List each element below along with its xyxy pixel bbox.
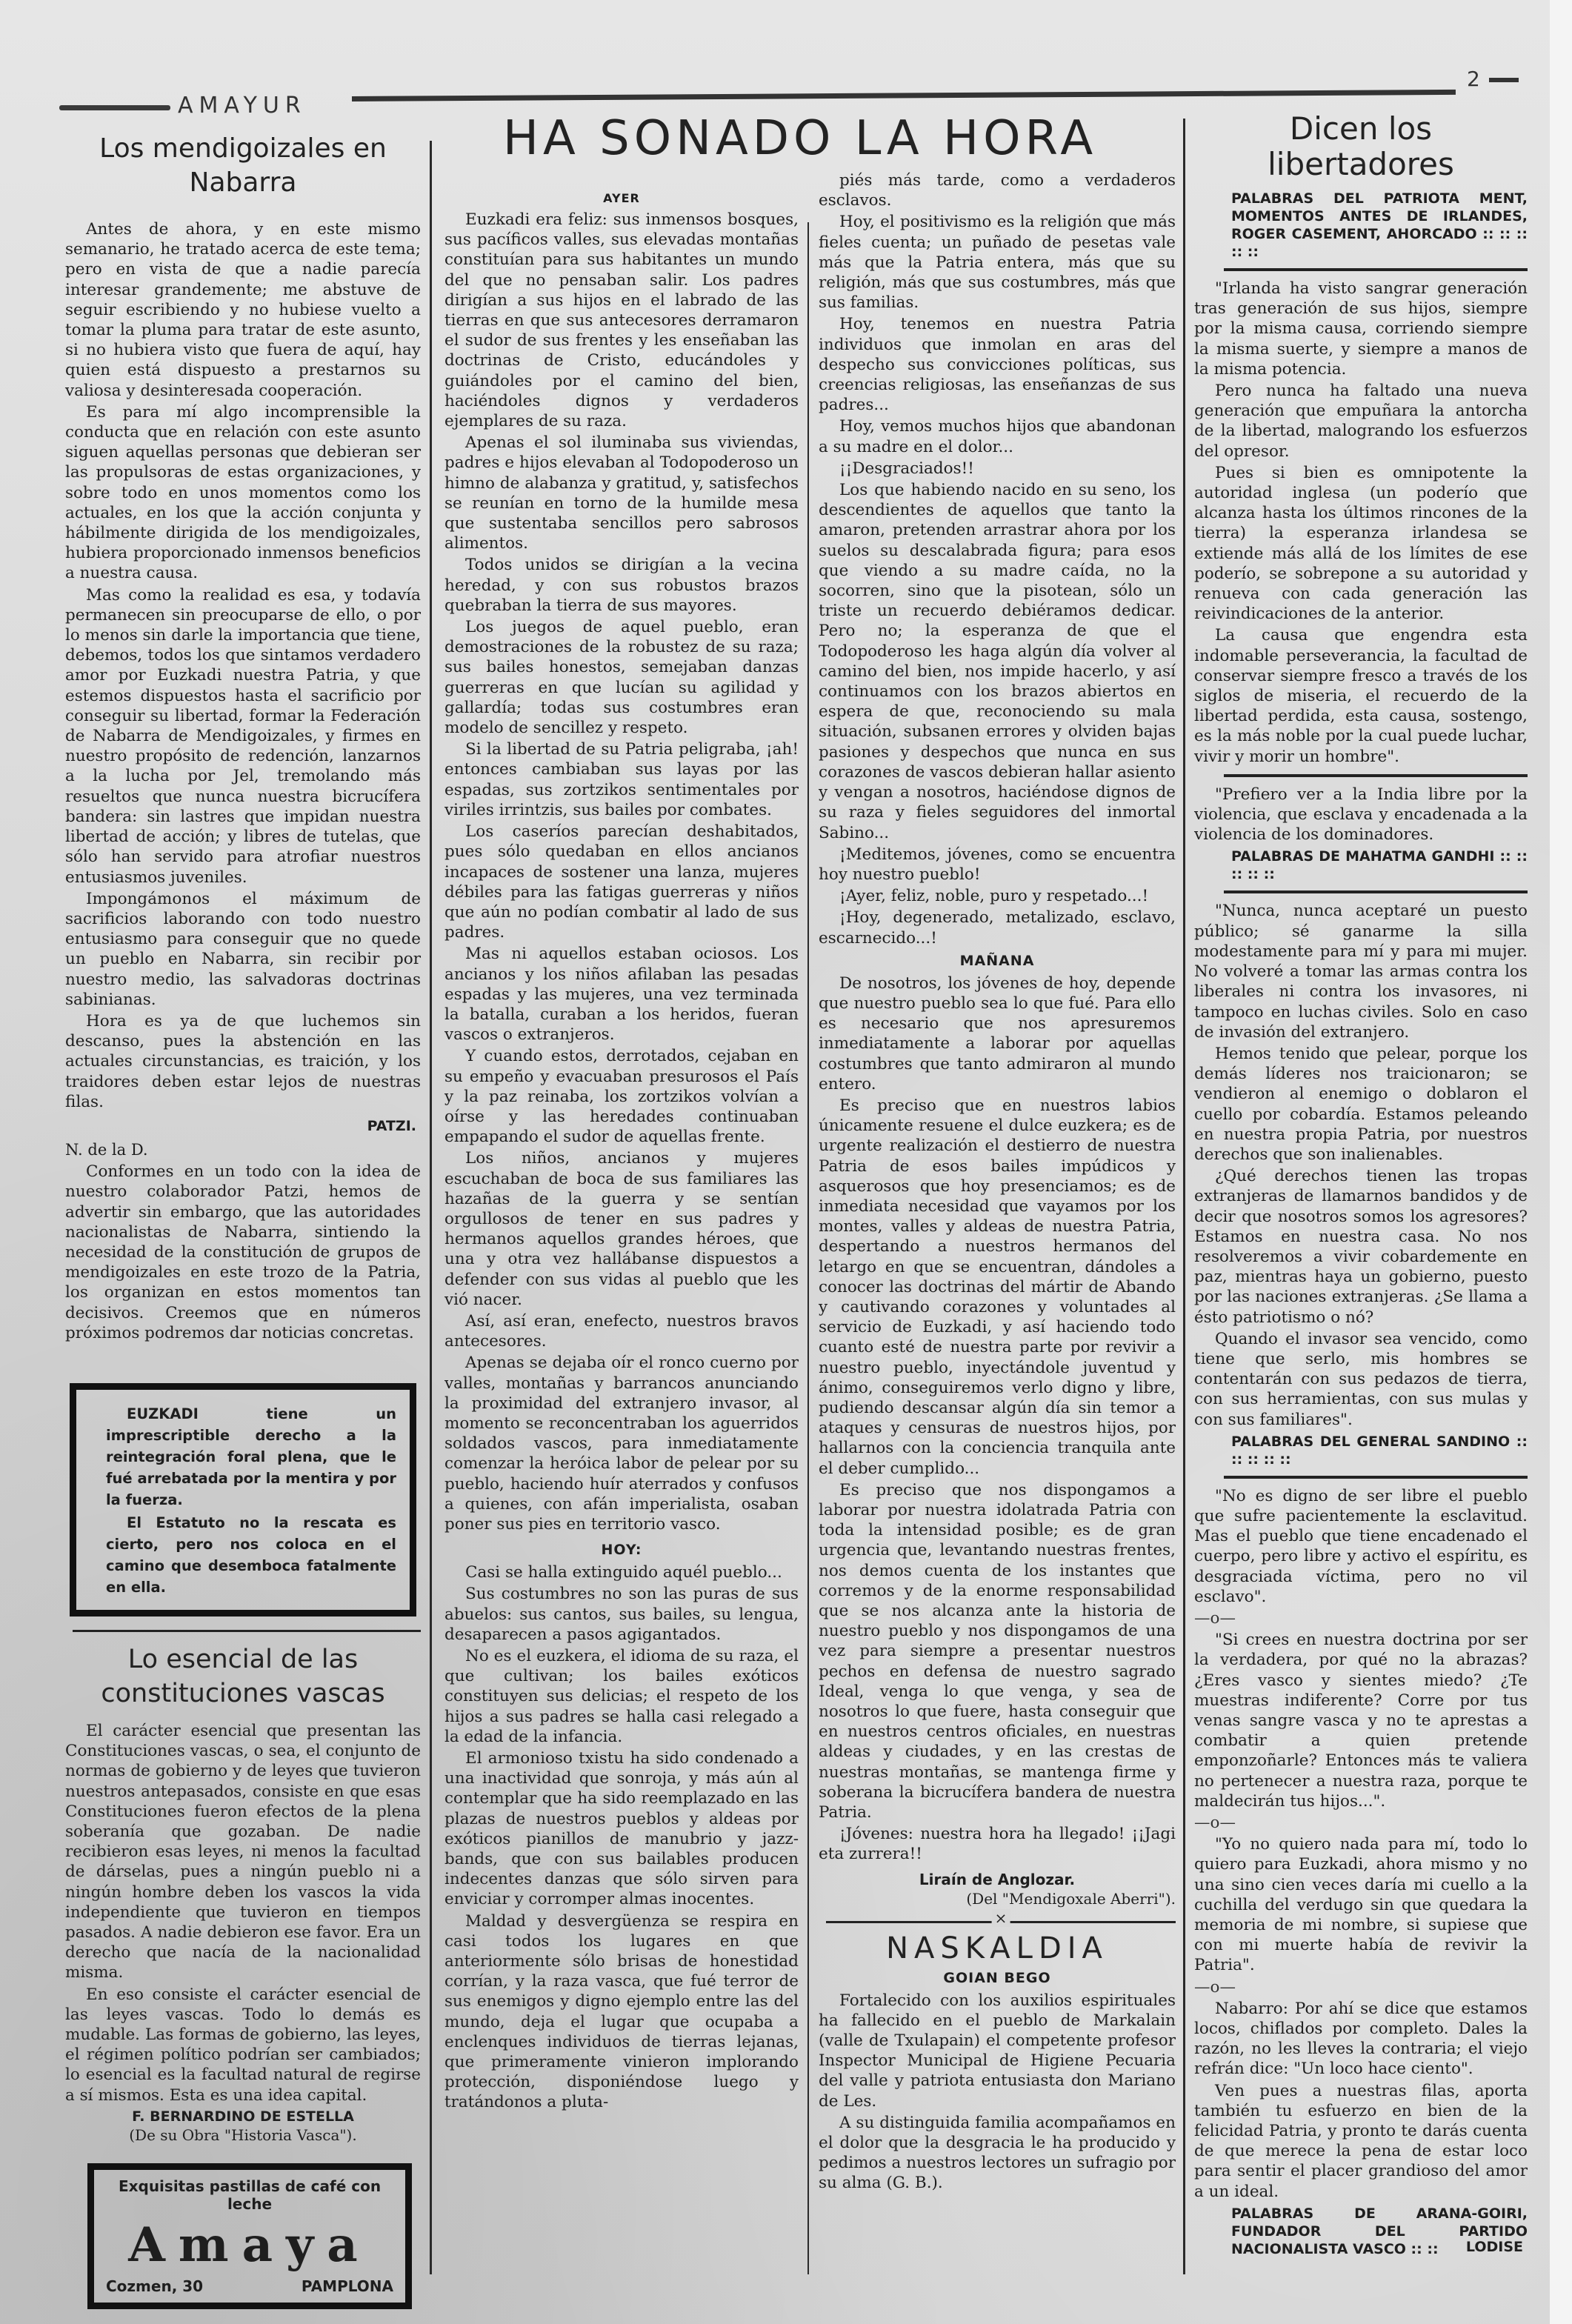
paragraph: Casi se halla extinguido aquél pueblo... (444, 1562, 799, 1582)
article-body: Antes de ahora, y en este mismo semanari… (65, 219, 421, 1112)
section-label-manana: MAÑANA (819, 953, 1176, 969)
column-divider (1183, 119, 1185, 2274)
paragraph: Así, así eran, enefecto, nuestros bravos… (444, 1311, 799, 1351)
column-divider (807, 222, 809, 2274)
quote-divider (1224, 890, 1528, 893)
article-body: El carácter esencial que presentan las C… (65, 1721, 421, 2105)
paragraph: Es preciso que en nuestros labios únicam… (819, 1096, 1176, 1479)
paragraph: Apenas el sol iluminaba sus viviendas, p… (444, 433, 799, 553)
section-rule (73, 1630, 421, 1632)
column-2: AYER Euzkadi era feliz: sus inmensos bos… (444, 187, 799, 2114)
paragraph: El carácter esencial que presentan las C… (65, 1721, 421, 1983)
obituary-title: NASKALDIA (819, 1931, 1176, 1965)
article-title: Dicen los libertadores (1194, 111, 1528, 182)
paragraph: La causa que engendra esta indomable per… (1194, 625, 1528, 766)
paragraph: Mas ni aquellos estaban ociosos. Los anc… (444, 944, 799, 1045)
quote-heading: PALABRAS DEL GENERAL SANDINO :: :: :: ::… (1231, 1433, 1528, 1468)
article-constituciones: Lo esencial de las constituciones vascas… (65, 1642, 421, 2144)
separator: × (826, 1912, 1176, 1928)
editor-note-label: N. de la D. (65, 1140, 421, 1160)
article-source: (De su Obra "Historia Vasca"). (65, 2126, 421, 2144)
paragraph: El Estatuto no la rescata es cierto, per… (106, 1512, 396, 1598)
paragraph: Los juegos de aquel pueblo, eran demostr… (444, 617, 799, 738)
quotes: PALABRAS DEL PATRIOTA MENT, MOMENTOS ANT… (1194, 190, 1528, 2258)
paragraph: ¡¡Desgraciados!! (819, 459, 1176, 479)
ad-address: Cozmen, 30 (106, 2277, 203, 2295)
advertisement: Exquisitas pastillas de café con leche A… (87, 2163, 412, 2309)
article-signature: PATZI. (70, 1118, 416, 1134)
article-body-continued: piés más tarde, como a verdaderos esclav… (819, 170, 1176, 948)
paragraph: Sus costumbres no son las puras de sus a… (444, 1584, 799, 1645)
paragraph: De nosotros, los jóvenes de hoy, depende… (819, 973, 1176, 1094)
ornament-separator: —o— (1194, 1608, 1528, 1628)
page-number: 2 (1467, 67, 1480, 91)
separator-mark: × (992, 1909, 1010, 1927)
main-headline: HA SONADO LA HORA (444, 111, 1156, 166)
paragraph: Es preciso que nos dispongamos a laborar… (819, 1480, 1176, 1822)
paragraph: Si la libertad de su Patria peligraba, ¡… (444, 739, 799, 820)
paragraph: piés más tarde, como a verdaderos esclav… (819, 170, 1176, 210)
article-signature: Liraín de Anglozar. (819, 1871, 1176, 1888)
paragraph: Hemos tenido que pelear, porque los demá… (1194, 1044, 1528, 1165)
article-body: Euzkadi era feliz: sus inmensos bosques,… (444, 210, 799, 1534)
paragraph: Y cuando estos, derrotados, cejaban en s… (444, 1046, 799, 1147)
masthead-rule (352, 90, 1456, 101)
paragraph: Los que habiendo nacido en su seno, los … (819, 480, 1176, 843)
quote-divider (1224, 774, 1528, 777)
article-body-hoy: Casi se halla extinguido aquél pueblo...… (444, 1562, 799, 2112)
newspaper-title: AMAYUR (178, 93, 307, 119)
masthead-rule-left (59, 105, 170, 110)
column-3: piés más tarde, como a verdaderos esclav… (819, 170, 1176, 2195)
obituary-subtitle: GOIAN BEGO (819, 1970, 1176, 1986)
paragraph: Pues si bien es omnipotente la autoridad… (1194, 463, 1528, 625)
column-4: Dicen los libertadores PALABRAS DEL PATR… (1194, 111, 1528, 2261)
boxed-notice: EUZKADI tiene un imprescriptible derecho… (70, 1383, 416, 1617)
ad-city: PAMPLONA (302, 2277, 393, 2295)
article-source: (Del "Mendigoxale Aberri"). (819, 1890, 1176, 1908)
page-number-rule (1489, 78, 1519, 82)
paragraph: Los caseríos parecían deshabitados, pues… (444, 822, 799, 942)
quote-body: "Nunca, nunca aceptaré un puesto público… (1194, 901, 1528, 1429)
paragraph: "Si crees en nuestra doctrina por ser la… (1194, 1630, 1528, 1811)
paragraph: Ven pues a nuestras filas, aporta tambié… (1194, 2081, 1528, 2202)
paragraph: No es el euzkera, el idioma de su raza, … (444, 1646, 799, 1747)
paragraph: "Nunca, nunca aceptaré un puesto público… (1194, 901, 1528, 1042)
article-author: F. BERNARDINO DE ESTELLA (65, 2108, 421, 2125)
ad-footer: Cozmen, 30 PAMPLONA (106, 2277, 393, 2295)
column-1: Los mendigoizales en Nabarra Antes de ah… (65, 132, 421, 2309)
paragraph: ¿Qué derechos tienen las tropas extranje… (1194, 1166, 1528, 1328)
ornament-separator: —o— (1194, 1813, 1528, 1833)
paragraph: Maldad y desvergüenza se respira en casi… (444, 1911, 799, 2113)
quote-body: "Prefiero ver a la India libre por la vi… (1194, 785, 1528, 845)
section-label-hoy: HOY: (444, 1542, 799, 1558)
paragraph: ¡Meditemos, jóvenes, como se encuentra h… (819, 845, 1176, 885)
paragraph: Hora es ya de que luchemos sin descanso,… (65, 1011, 421, 1112)
paragraph: EUZKADI tiene un imprescriptible derecho… (106, 1403, 396, 1511)
paragraph: Los niños, ancianos y mujeres escuchaban… (444, 1148, 799, 1310)
quote-body: "Irlanda ha visto sangrar generación tra… (1194, 279, 1528, 767)
paragraph: Euzkadi era feliz: sus inmensos bosques,… (444, 210, 799, 431)
quote-divider (1224, 268, 1528, 271)
paragraph: Fortalecido con los auxilios espirituale… (819, 1991, 1176, 2111)
paragraph: "Irlanda ha visto sangrar generación tra… (1194, 279, 1528, 379)
newspaper-page: AMAYUR 2 Los mendigoizales en Nabarra An… (0, 0, 1572, 2324)
paragraph: Es para mí algo incomprensible la conduc… (65, 402, 421, 584)
paragraph: Impongámonos el máximum de sacrificios l… (65, 889, 421, 1010)
paragraph: A su distinguida familia acompañamos en … (819, 2113, 1176, 2194)
editor-note: Conformes en un todo con la idea de nues… (65, 1162, 421, 1343)
paragraph: ¡Ayer, feliz, noble, puro y respetado...… (819, 886, 1176, 906)
ad-tagline: Exquisitas pastillas de café con leche (106, 2177, 393, 2213)
ornament-separator: —o— (1194, 1977, 1528, 1997)
article-mendigoizales: Los mendigoizales en Nabarra Antes de ah… (65, 132, 421, 1343)
column-divider (430, 141, 432, 2274)
paragraph: Quando el invasor sea vencido, como tien… (1194, 1329, 1528, 1430)
paragraph: Antes de ahora, y en este mismo semanari… (65, 219, 421, 401)
quote-divider (1224, 1476, 1528, 1479)
paragraph: ¡Jóvenes: nuestra hora ha llegado! ¡¡Jag… (819, 1824, 1176, 1864)
obituary-body: Fortalecido con los auxilios espirituale… (819, 1991, 1176, 2194)
paragraph: En eso consiste el carácter esencial de … (65, 1985, 421, 2105)
article-title: Lo esencial de las constituciones vascas (65, 1642, 421, 1711)
paragraph: Hoy, vemos muchos hijos que abandonan a … (819, 416, 1176, 456)
ad-brand: Amaya (106, 2217, 393, 2273)
paragraph: "Yo no quiero nada para mí, todo lo quie… (1194, 1834, 1528, 1975)
quote-heading: PALABRAS DE MAHATMA GANDHI :: :: :: :: :… (1231, 848, 1528, 883)
paragraph: Hoy, tenemos en nuestra Patria individuo… (819, 314, 1176, 415)
paragraph: "No es digno de ser libre el pueblo que … (1194, 1486, 1528, 1607)
paragraph: "Prefiero ver a la India libre por la vi… (1194, 785, 1528, 845)
article-title: Los mendigoizales en Nabarra (65, 132, 421, 200)
paragraph: Mas como la realidad es esa, y todavía p… (65, 585, 421, 888)
quote-heading: PALABRAS DEL PATRIOTA MENT, MOMENTOS ANT… (1231, 190, 1528, 261)
paragraph: Nabarro: Por ahí se dice que estamos loc… (1194, 1999, 1528, 2080)
paragraph: Pero nunca ha faltado una nueva generaci… (1194, 381, 1528, 462)
section-label-ayer: AYER (444, 191, 799, 205)
article-body-manana: De nosotros, los jóvenes de hoy, depende… (819, 973, 1176, 1865)
paragraph: Apenas se dejaba oír el ronco cuerno por… (444, 1353, 799, 1534)
quote-body: "No es digno de ser libre el pueblo que … (1194, 1486, 1528, 2202)
scan-edge (1550, 0, 1572, 2324)
paragraph: ¡Hoy, degenerado, metalizado, esclavo, e… (819, 908, 1176, 948)
obituary: NASKALDIA GOIAN BEGO Fortalecido con los… (819, 1931, 1176, 2194)
paragraph: Todos unidos se dirigían a la vecina her… (444, 555, 799, 616)
paragraph: Hoy, el positivismo es la religión que m… (819, 212, 1176, 313)
paragraph: El armonioso txistu ha sido condenado a … (444, 1748, 799, 1910)
